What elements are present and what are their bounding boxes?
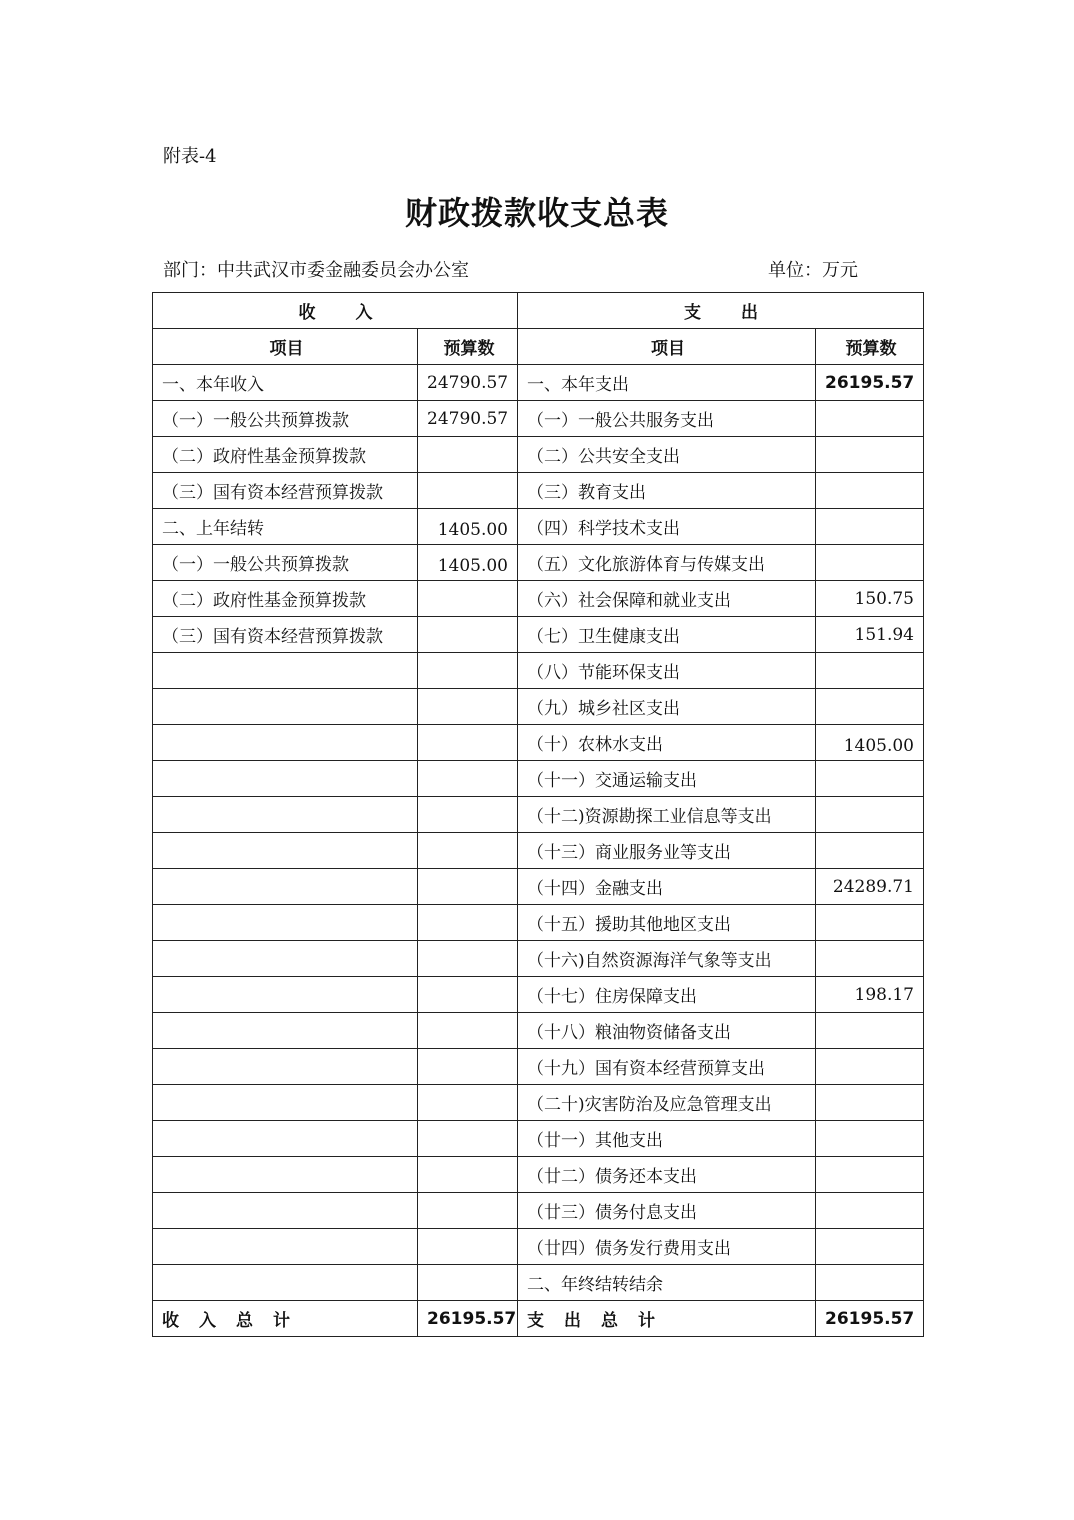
table-row: （一）一般公共预算拨款1405.00（五）文化旅游体育与传媒支出 xyxy=(153,545,924,581)
expense-amount-cell xyxy=(816,509,924,545)
table-row: （廿一）其他支出 xyxy=(153,1121,924,1157)
expense-amount-cell xyxy=(816,1085,924,1121)
income-item-cell: （二）政府性基金预算拨款 xyxy=(153,581,418,617)
table-row: （廿四）债务发行费用支出 xyxy=(153,1229,924,1265)
expense-item-cell: （廿四）债务发行费用支出 xyxy=(518,1229,816,1265)
expense-amount-cell xyxy=(816,1229,924,1265)
table-row: 二、年终结转结余 xyxy=(153,1265,924,1301)
table-row: （三）国有资本经营预算拨款（三）教育支出 xyxy=(153,473,924,509)
expense-amount-cell xyxy=(816,797,924,833)
expense-amount-cell: 1405.00 xyxy=(816,725,924,761)
expense-amount-cell xyxy=(816,653,924,689)
income-amount-cell xyxy=(418,941,518,977)
income-item-cell: （二）政府性基金预算拨款 xyxy=(153,437,418,473)
table-row: （十三）商业服务业等支出 xyxy=(153,833,924,869)
income-amount-cell xyxy=(418,1013,518,1049)
income-item-cell xyxy=(153,761,418,797)
income-total-amount: 26195.57 xyxy=(418,1301,518,1337)
income-item-cell xyxy=(153,689,418,725)
income-amount-cell: 24790.57 xyxy=(418,365,518,401)
expense-amount-cell: 150.75 xyxy=(816,581,924,617)
income-item-cell xyxy=(153,1193,418,1229)
expense-item-cell: （五）文化旅游体育与传媒支出 xyxy=(518,545,816,581)
income-amount-cell xyxy=(418,1265,518,1301)
expense-amount-cell xyxy=(816,941,924,977)
expense-amount-cell xyxy=(816,689,924,725)
expense-item-cell: 二、年终结转结余 xyxy=(518,1265,816,1301)
income-item-cell: （三）国有资本经营预算拨款 xyxy=(153,617,418,653)
table-row: （十七）住房保障支出198.17 xyxy=(153,977,924,1013)
expense-amount-cell xyxy=(816,1193,924,1229)
expense-amount-cell xyxy=(816,401,924,437)
expense-item-cell: （廿三）债务付息支出 xyxy=(518,1193,816,1229)
table-row: （十八）粮油物资储备支出 xyxy=(153,1013,924,1049)
income-item-cell: （一）一般公共预算拨款 xyxy=(153,401,418,437)
expense-amount-cell: 26195.57 xyxy=(816,365,924,401)
income-amount-cell xyxy=(418,869,518,905)
income-amount-cell: 1405.00 xyxy=(418,509,518,545)
income-item-header: 项目 xyxy=(153,329,418,365)
income-item-cell xyxy=(153,1229,418,1265)
table-row: 二、上年结转1405.00（四）科学技术支出 xyxy=(153,509,924,545)
income-item-cell: 一、本年收入 xyxy=(153,365,418,401)
page-title: 财政拨款收支总表 xyxy=(0,188,1074,234)
expense-amount-cell: 151.94 xyxy=(816,617,924,653)
income-amount-cell xyxy=(418,1121,518,1157)
expense-item-cell: （四）科学技术支出 xyxy=(518,509,816,545)
income-amount-cell xyxy=(418,1193,518,1229)
income-amount-cell xyxy=(418,617,518,653)
expense-item-cell: （十二)资源勘探工业信息等支出 xyxy=(518,797,816,833)
income-item-cell xyxy=(153,941,418,977)
table-row: （十二)资源勘探工业信息等支出 xyxy=(153,797,924,833)
table-row: （八）节能环保支出 xyxy=(153,653,924,689)
expense-amount-cell xyxy=(816,1049,924,1085)
expense-amount-cell xyxy=(816,833,924,869)
income-amount-cell xyxy=(418,905,518,941)
income-amount-cell: 1405.00 xyxy=(418,545,518,581)
department-label: 部门：中共武汉市委金融委员会办公室 xyxy=(163,256,469,282)
income-item-cell: （一）一般公共预算拨款 xyxy=(153,545,418,581)
budget-summary-table: 收 入 支 出 项目 预算数 项目 预算数 一、本年收入24790.57一、本年… xyxy=(152,292,924,1337)
expense-amount-cell xyxy=(816,545,924,581)
expense-item-cell: （一）一般公共服务支出 xyxy=(518,401,816,437)
table-row: （十四）金融支出24289.71 xyxy=(153,869,924,905)
expense-item-cell: （六）社会保障和就业支出 xyxy=(518,581,816,617)
expense-amount-cell xyxy=(816,1013,924,1049)
table-row: （十九）国有资本经营预算支出 xyxy=(153,1049,924,1085)
income-amount-cell xyxy=(418,797,518,833)
expense-item-cell: （二）公共安全支出 xyxy=(518,437,816,473)
column-header-row: 项目 预算数 项目 预算数 xyxy=(153,329,924,365)
expense-amount-cell xyxy=(816,437,924,473)
income-item-cell xyxy=(153,1157,418,1193)
income-item-cell xyxy=(153,797,418,833)
table-row: （二）政府性基金预算拨款（二）公共安全支出 xyxy=(153,437,924,473)
expense-item-header: 项目 xyxy=(518,329,816,365)
income-amount-cell xyxy=(418,1157,518,1193)
table-row: （廿二）债务还本支出 xyxy=(153,1157,924,1193)
expense-item-cell: 一、本年支出 xyxy=(518,365,816,401)
expense-amount-cell xyxy=(816,1121,924,1157)
income-item-cell xyxy=(153,725,418,761)
income-amount-cell xyxy=(418,761,518,797)
expense-item-cell: （八）节能环保支出 xyxy=(518,653,816,689)
expense-amount-cell xyxy=(816,473,924,509)
expense-section-header: 支 出 xyxy=(518,293,924,329)
income-item-cell xyxy=(153,1049,418,1085)
table-row: 一、本年收入24790.57一、本年支出26195.57 xyxy=(153,365,924,401)
expense-item-cell: （十七）住房保障支出 xyxy=(518,977,816,1013)
income-amount-cell xyxy=(418,1229,518,1265)
income-amount-cell: 24790.57 xyxy=(418,401,518,437)
income-amount-cell xyxy=(418,689,518,725)
expense-amount-cell xyxy=(816,1157,924,1193)
income-item-cell xyxy=(153,833,418,869)
table-row: （十一）交通运输支出 xyxy=(153,761,924,797)
income-total-label: 收入总计 xyxy=(153,1301,418,1337)
expense-item-cell: （三）教育支出 xyxy=(518,473,816,509)
table-row: （十六)自然资源海洋气象等支出 xyxy=(153,941,924,977)
income-item-cell xyxy=(153,1265,418,1301)
income-item-cell xyxy=(153,977,418,1013)
income-amount-cell xyxy=(418,473,518,509)
table-row: （廿三）债务付息支出 xyxy=(153,1193,924,1229)
table-row: （十）农林水支出1405.00 xyxy=(153,725,924,761)
total-row: 收入总计26195.57支出总计26195.57 xyxy=(153,1301,924,1337)
expense-item-cell: （二十)灾害防治及应急管理支出 xyxy=(518,1085,816,1121)
expense-item-cell: （十一）交通运输支出 xyxy=(518,761,816,797)
income-item-cell: 二、上年结转 xyxy=(153,509,418,545)
income-amount-cell xyxy=(418,725,518,761)
income-item-cell xyxy=(153,1013,418,1049)
table-row: （九）城乡社区支出 xyxy=(153,689,924,725)
income-amount-cell xyxy=(418,581,518,617)
expense-item-cell: （廿二）债务还本支出 xyxy=(518,1157,816,1193)
income-item-cell xyxy=(153,905,418,941)
table-row: （三）国有资本经营预算拨款（七）卫生健康支出151.94 xyxy=(153,617,924,653)
income-item-cell: （三）国有资本经营预算拨款 xyxy=(153,473,418,509)
annex-label: 附表-4 xyxy=(163,142,217,168)
expense-total-label: 支出总计 xyxy=(518,1301,816,1337)
expense-item-cell: （十九）国有资本经营预算支出 xyxy=(518,1049,816,1085)
income-amount-cell xyxy=(418,977,518,1013)
income-amount-cell xyxy=(418,833,518,869)
table-row: （二）政府性基金预算拨款（六）社会保障和就业支出150.75 xyxy=(153,581,924,617)
section-header-row: 收 入 支 出 xyxy=(153,293,924,329)
income-budget-header: 预算数 xyxy=(418,329,518,365)
income-section-header: 收 入 xyxy=(153,293,518,329)
expense-total-amount: 26195.57 xyxy=(816,1301,924,1337)
income-amount-cell xyxy=(418,1049,518,1085)
expense-item-cell: （十三）商业服务业等支出 xyxy=(518,833,816,869)
income-amount-cell xyxy=(418,437,518,473)
income-item-cell xyxy=(153,869,418,905)
expense-item-cell: （七）卫生健康支出 xyxy=(518,617,816,653)
table-row: （一）一般公共预算拨款24790.57（一）一般公共服务支出 xyxy=(153,401,924,437)
expense-item-cell: （十六)自然资源海洋气象等支出 xyxy=(518,941,816,977)
expense-item-cell: （九）城乡社区支出 xyxy=(518,689,816,725)
income-item-cell xyxy=(153,1121,418,1157)
income-amount-cell xyxy=(418,653,518,689)
expense-item-cell: （廿一）其他支出 xyxy=(518,1121,816,1157)
expense-item-cell: （十四）金融支出 xyxy=(518,869,816,905)
expense-amount-cell xyxy=(816,761,924,797)
income-item-cell xyxy=(153,653,418,689)
expense-amount-cell: 198.17 xyxy=(816,977,924,1013)
income-item-cell xyxy=(153,1085,418,1121)
unit-label: 单位：万元 xyxy=(768,256,858,282)
expense-amount-cell xyxy=(816,905,924,941)
expense-item-cell: （十五）援助其他地区支出 xyxy=(518,905,816,941)
expense-amount-cell xyxy=(816,1265,924,1301)
expense-amount-cell: 24289.71 xyxy=(816,869,924,905)
income-amount-cell xyxy=(418,1085,518,1121)
table-row: （二十)灾害防治及应急管理支出 xyxy=(153,1085,924,1121)
expense-item-cell: （十）农林水支出 xyxy=(518,725,816,761)
expense-budget-header: 预算数 xyxy=(816,329,924,365)
table-row: （十五）援助其他地区支出 xyxy=(153,905,924,941)
expense-item-cell: （十八）粮油物资储备支出 xyxy=(518,1013,816,1049)
